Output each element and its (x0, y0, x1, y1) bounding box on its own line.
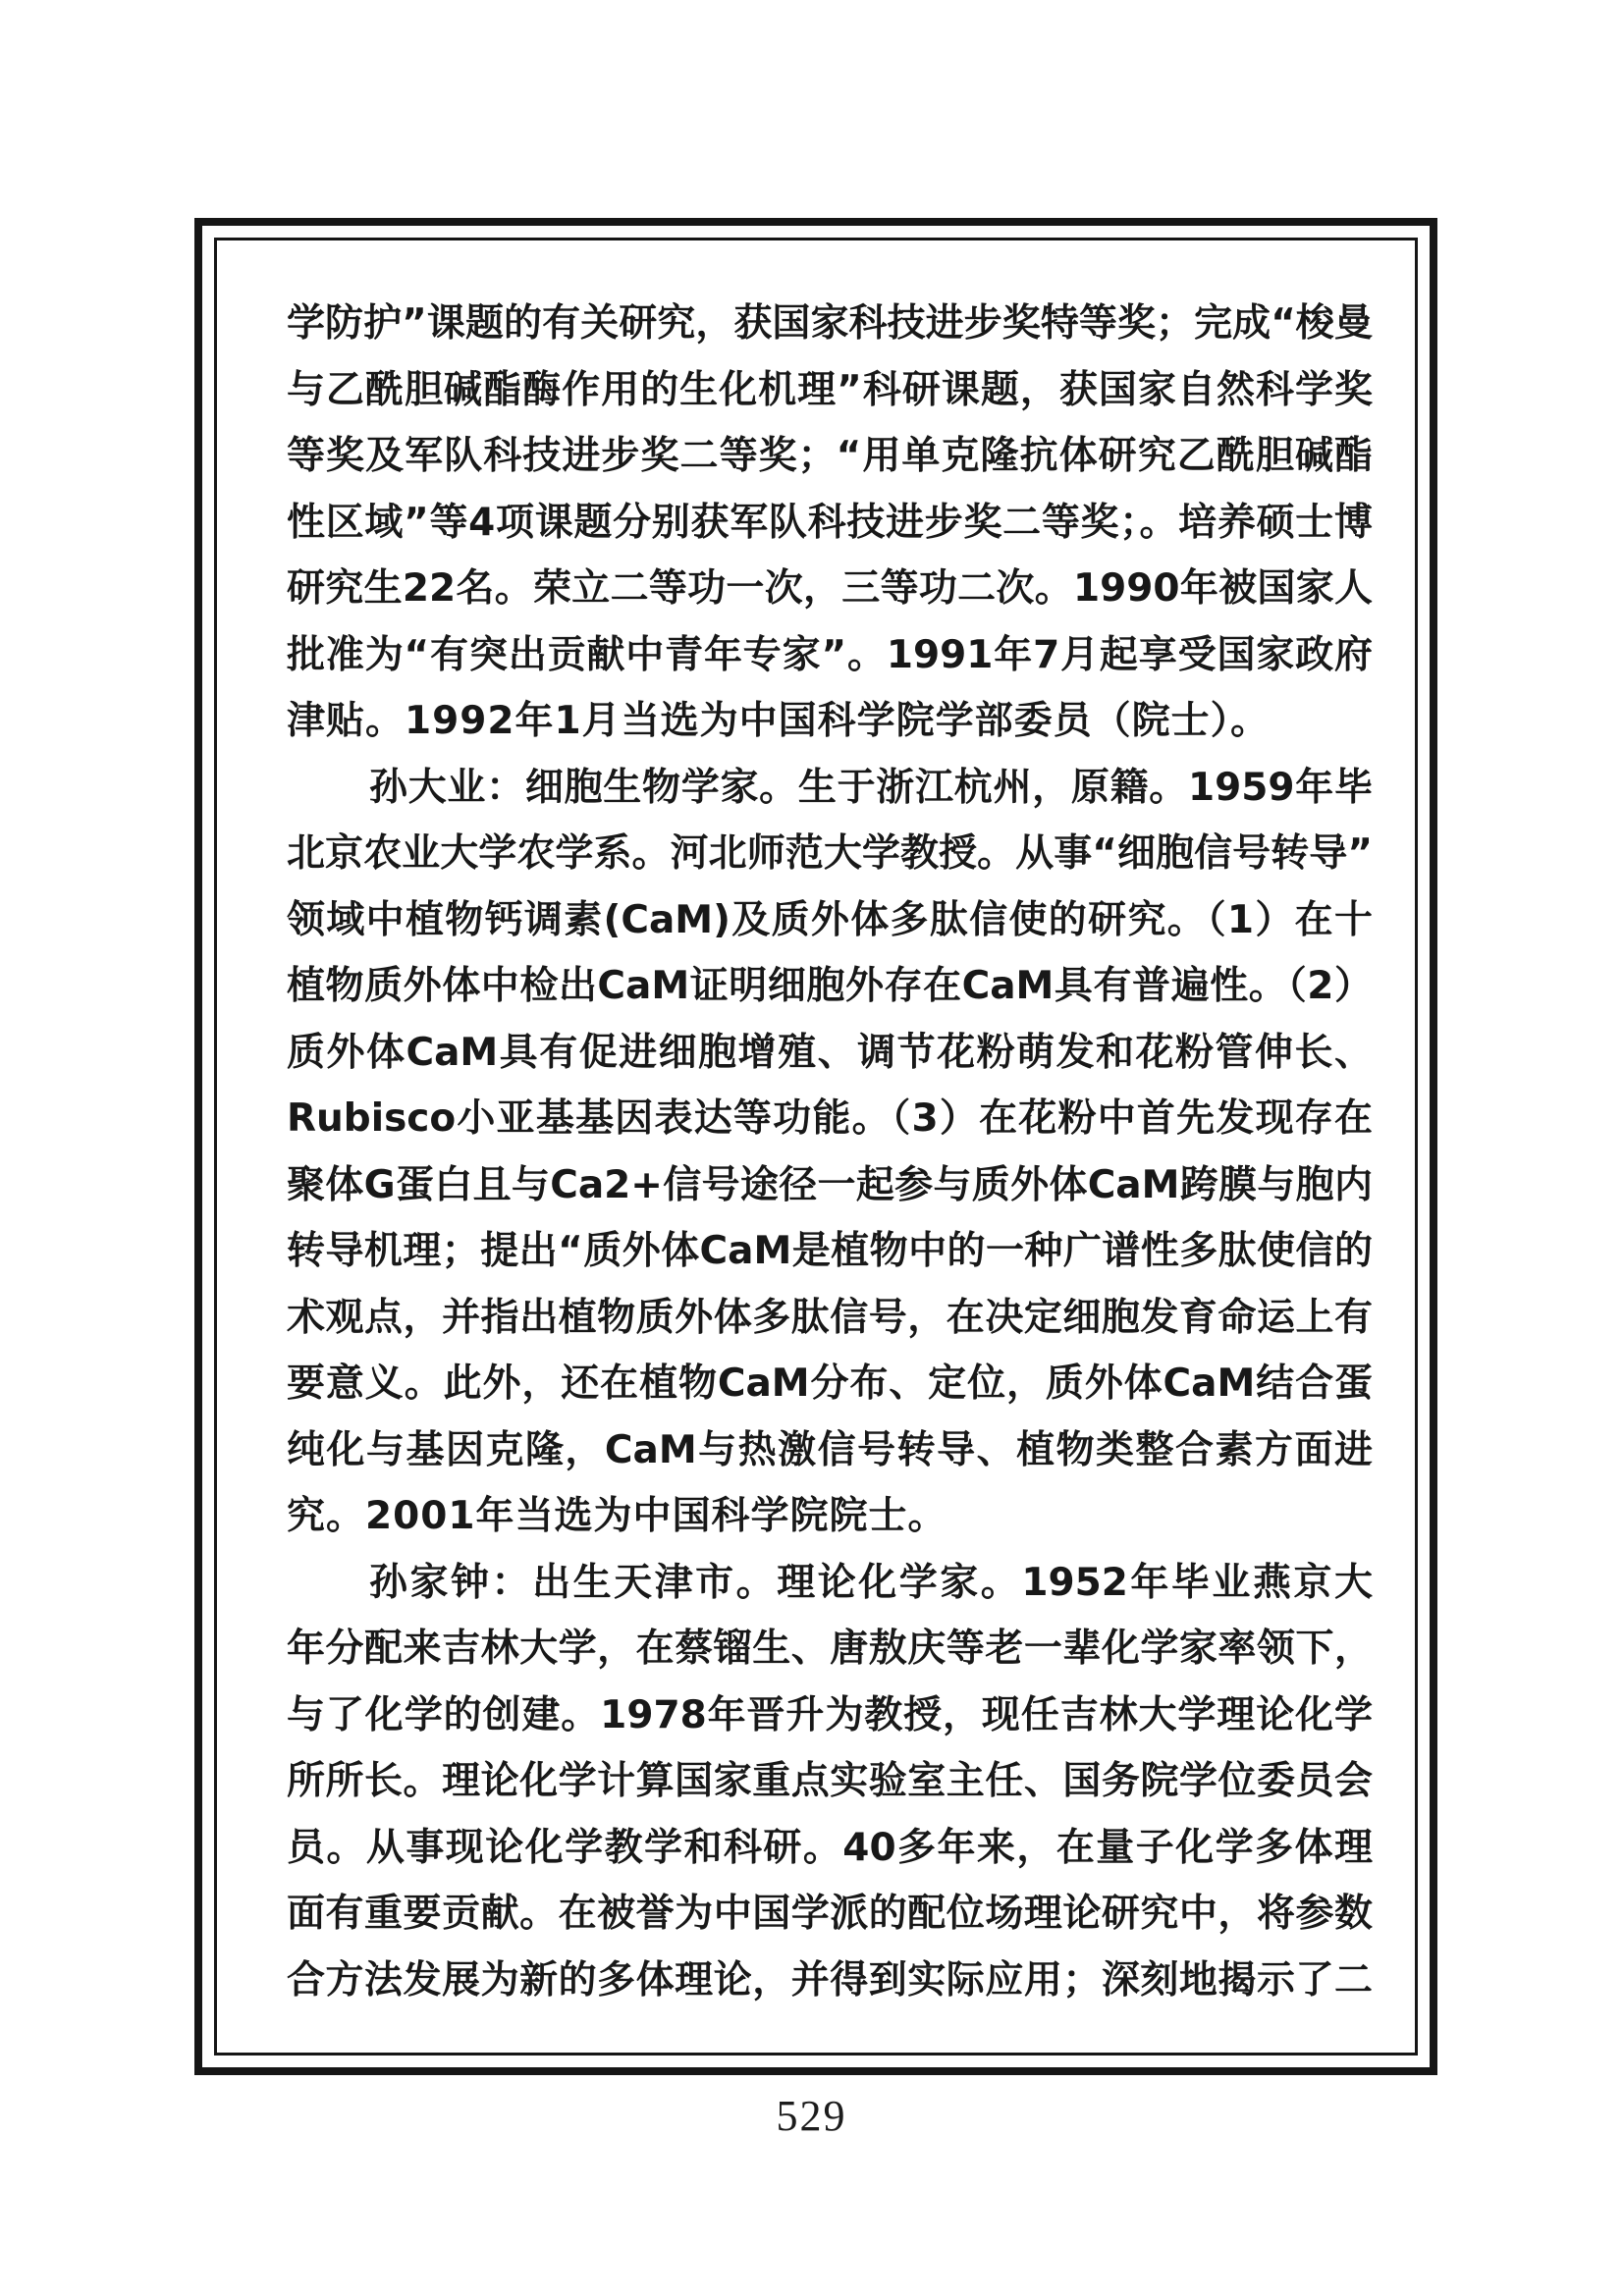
paragraph: 孙家钟：出生天津市。理论化学家。1952年毕业燕京大学，同年分配来吉林大学，在蔡… (287, 1550, 1373, 2014)
text-line: 性区域”等4项课题分别获军队科技进步奖二等奖；。培养硕士博士 (287, 490, 1373, 557)
text-line: 聚体G蛋白且与Ca2+信号途径一起参与质外体CaM跨膜与胞内信号 (287, 1152, 1373, 1219)
text-line: 年分配来吉林大学，在蔡镏生、唐敖庆等老一辈化学家率领下，参 (287, 1616, 1373, 1682)
text-line: 津贴。1992年1月当选为中国科学院学部委员（院士）。 (287, 688, 1373, 755)
text-line: 等奖及军队科技进步奖二等奖；“用单克隆抗体研究乙酰胆碱酯活 (287, 423, 1373, 490)
text-line: 纯化与基因克隆，CaM与热激信号转导、植物类整合素方面进行研 (287, 1417, 1373, 1484)
text-line: Rubisco小亚基基因表达等功能。（3）在花粉中首先发现存在异三 (287, 1086, 1373, 1152)
text-line: 究。2001年当选为中国科学院院士。 (287, 1483, 1373, 1550)
text-line: 所所长。理论化学计算国家重点实验室主任、国务院学位委员会委 (287, 1748, 1373, 1815)
text-line: 质外体CaM具有促进细胞增殖、调节花粉萌发和花粉管伸长、增强 (287, 1020, 1373, 1087)
text-line: 面有重要贡献。在被誉为中国学派的配位场理论研究中，将参数拟 (287, 1881, 1373, 1948)
text-line: 与了化学的创建。1978年晋升为教授，现任吉林大学理论化学研究 (287, 1682, 1373, 1749)
text-line: 孙家钟：出生天津市。理论化学家。1952年毕业燕京大学，同 (287, 1550, 1373, 1617)
text-line: 孙大业：细胞生物学家。生于浙江杭州，原籍。1959年毕业于 (287, 755, 1373, 822)
text-line: 领域中植物钙调素(CaM)及质外体多肽信使的研究。（1）在十余种 (287, 887, 1373, 954)
book-page: 学防护”课题的有关研究，获国家科技进步奖特等奖；完成“梭曼与乙酰胆碱酯酶作用的生… (0, 0, 1623, 2296)
text-line: 转导机理；提出“质外体CaM是植物中的一种广谱性多肽使信的学 (287, 1218, 1373, 1285)
text-line: 学防护”课题的有关研究，获国家科技进步奖特等奖；完成“梭曼 (287, 291, 1373, 357)
text-line: 员。从事现论化学教学和科研。40多年来，在量子化学多体理论方 (287, 1815, 1373, 1882)
text-line: 合方法发展为新的多体理论，并得到实际应用；深刻地揭示了二阶 (287, 1948, 1373, 2014)
paragraph: 学防护”课题的有关研究，获国家科技进步奖特等奖；完成“梭曼与乙酰胆碱酯酶作用的生… (287, 291, 1373, 755)
text-line: 要意义。此外，还在植物CaM分布、定位，质外体CaM结合蛋白的 (287, 1351, 1373, 1417)
page-number: 529 (0, 2091, 1623, 2141)
page-text: 学防护”课题的有关研究，获国家科技进步奖特等奖；完成“梭曼与乙酰胆碱酯酶作用的生… (287, 291, 1373, 2013)
text-line: 与乙酰胆碱酯酶作用的生化机理”科研课题，获国家自然科学奖二 (287, 357, 1373, 424)
text-line: 植物质外体中检出CaM证明细胞外存在CaM具有普遍性。（2）发现 (287, 953, 1373, 1020)
paragraph: 孙大业：细胞生物学家。生于浙江杭州，原籍。1959年毕业于北京农业大学农学系。河… (287, 755, 1373, 1550)
text-line: 北京农业大学农学系。河北师范大学教授。从事“细胞信号转导” (287, 821, 1373, 887)
text-line: 研究生22名。荣立二等功一次，三等功二次。1990年被国家人事部 (287, 556, 1373, 622)
text-line: 术观点，并指出植物质外体多肽信号，在决定细胞发育命运上有重 (287, 1285, 1373, 1352)
text-line: 批准为“有突出贡献中青年专家”。1991年7月起享受国家政府特殊 (287, 622, 1373, 689)
